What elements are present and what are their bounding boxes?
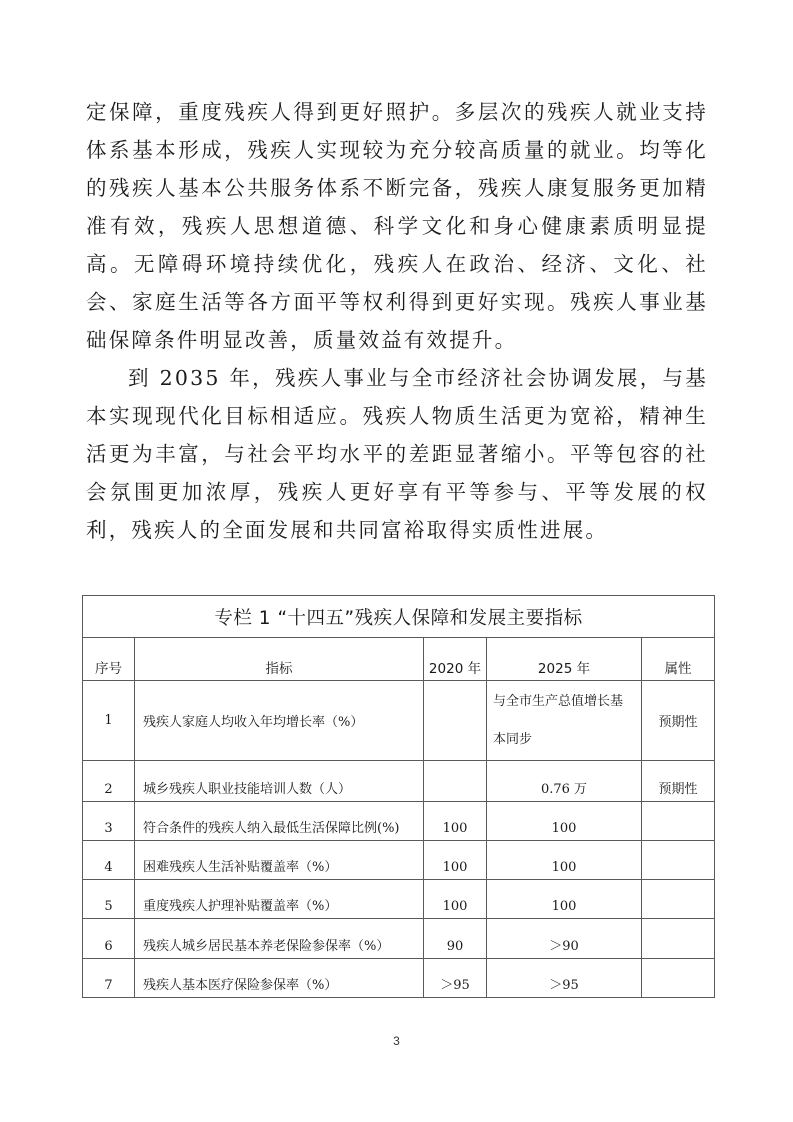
row-indicator: 符合条件的残疾人纳入最低生活保障比例(%) — [135, 802, 424, 841]
row-2020 — [424, 761, 487, 802]
row-indicator: 重度残疾人护理补贴覆盖率（%） — [135, 880, 424, 919]
row-2020: 100 — [424, 841, 487, 880]
row-attribute: 预期性 — [642, 761, 715, 802]
row-2020: ＞95 — [424, 959, 487, 998]
row-indicator: 城乡残疾人职业技能培训人数（人） — [135, 761, 424, 802]
row-attribute — [642, 841, 715, 880]
row-indicator: 残疾人基本医疗保险参保率（%） — [135, 959, 424, 998]
table-row: 6 残疾人城乡居民基本养老保险参保率（%） 90 ＞90 — [83, 919, 715, 959]
table-title: 专栏 1 “十四五”残疾人保障和发展主要指标 — [83, 596, 715, 638]
row-no: 5 — [83, 880, 135, 919]
paragraph-1: 定保障，重度残疾人得到更好照护。多层次的残疾人就业支持体系基本形成，残疾人实现较… — [86, 93, 708, 359]
header-2025: 2025 年 — [487, 638, 642, 681]
table-row: 1 残疾人家庭人均收入年均增长率（%） 与全市生产总值增长基 本同步 预期性 — [83, 681, 715, 761]
indicator-table-section: 专栏 1 “十四五”残疾人保障和发展主要指标 序号 指标 2020 年 2025… — [82, 595, 714, 998]
table-title-row: 专栏 1 “十四五”残疾人保障和发展主要指标 — [83, 596, 715, 638]
row-no: 4 — [83, 841, 135, 880]
table-row: 3 符合条件的残疾人纳入最低生活保障比例(%) 100 100 — [83, 802, 715, 841]
table-row: 2 城乡残疾人职业技能培训人数（人） 0.76 万 预期性 — [83, 761, 715, 802]
row-2025-line-2: 本同步 — [493, 721, 641, 759]
row-no: 6 — [83, 919, 135, 959]
row-attribute — [642, 959, 715, 998]
row-2020: 90 — [424, 919, 487, 959]
row-no: 1 — [83, 681, 135, 761]
row-2025: ＞90 — [487, 919, 642, 959]
row-no: 3 — [83, 802, 135, 841]
page-number: 3 — [0, 1034, 793, 1048]
row-indicator: 残疾人城乡居民基本养老保险参保率（%） — [135, 919, 424, 959]
row-2025: 0.76 万 — [487, 761, 642, 802]
table-row: 5 重度残疾人护理补贴覆盖率（%） 100 100 — [83, 880, 715, 919]
row-2025: 100 — [487, 880, 642, 919]
row-2025: ＞95 — [487, 959, 642, 998]
header-no: 序号 — [83, 638, 135, 681]
table-header-row: 序号 指标 2020 年 2025 年 属性 — [83, 638, 715, 681]
table-row: 4 困难残疾人生活补贴覆盖率（%） 100 100 — [83, 841, 715, 880]
row-attribute: 预期性 — [642, 681, 715, 761]
header-attribute: 属性 — [642, 638, 715, 681]
row-2025: 100 — [487, 841, 642, 880]
body-text: 定保障，重度残疾人得到更好照护。多层次的残疾人就业支持体系基本形成，残疾人实现较… — [86, 93, 708, 549]
row-2025: 100 — [487, 802, 642, 841]
row-2020: 100 — [424, 880, 487, 919]
row-2020 — [424, 681, 487, 761]
row-attribute — [642, 802, 715, 841]
row-indicator: 残疾人家庭人均收入年均增长率（%） — [135, 681, 424, 761]
document-page: 定保障，重度残疾人得到更好照护。多层次的残疾人就业支持体系基本形成，残疾人实现较… — [0, 0, 793, 1122]
header-indicator: 指标 — [135, 638, 424, 681]
row-no: 7 — [83, 959, 135, 998]
row-2020: 100 — [424, 802, 487, 841]
row-2025: 与全市生产总值增长基 本同步 — [487, 681, 642, 761]
table-row: 7 残疾人基本医疗保险参保率（%） ＞95 ＞95 — [83, 959, 715, 998]
header-2020: 2020 年 — [424, 638, 487, 681]
indicator-table: 专栏 1 “十四五”残疾人保障和发展主要指标 序号 指标 2020 年 2025… — [82, 595, 715, 998]
row-attribute — [642, 919, 715, 959]
row-attribute — [642, 880, 715, 919]
row-no: 2 — [83, 761, 135, 802]
row-2025-line-1: 与全市生产总值增长基 — [493, 683, 641, 721]
row-indicator: 困难残疾人生活补贴覆盖率（%） — [135, 841, 424, 880]
paragraph-2: 到 2035 年，残疾人事业与全市经济社会协调发展，与基本实现现代化目标相适应。… — [86, 359, 708, 549]
